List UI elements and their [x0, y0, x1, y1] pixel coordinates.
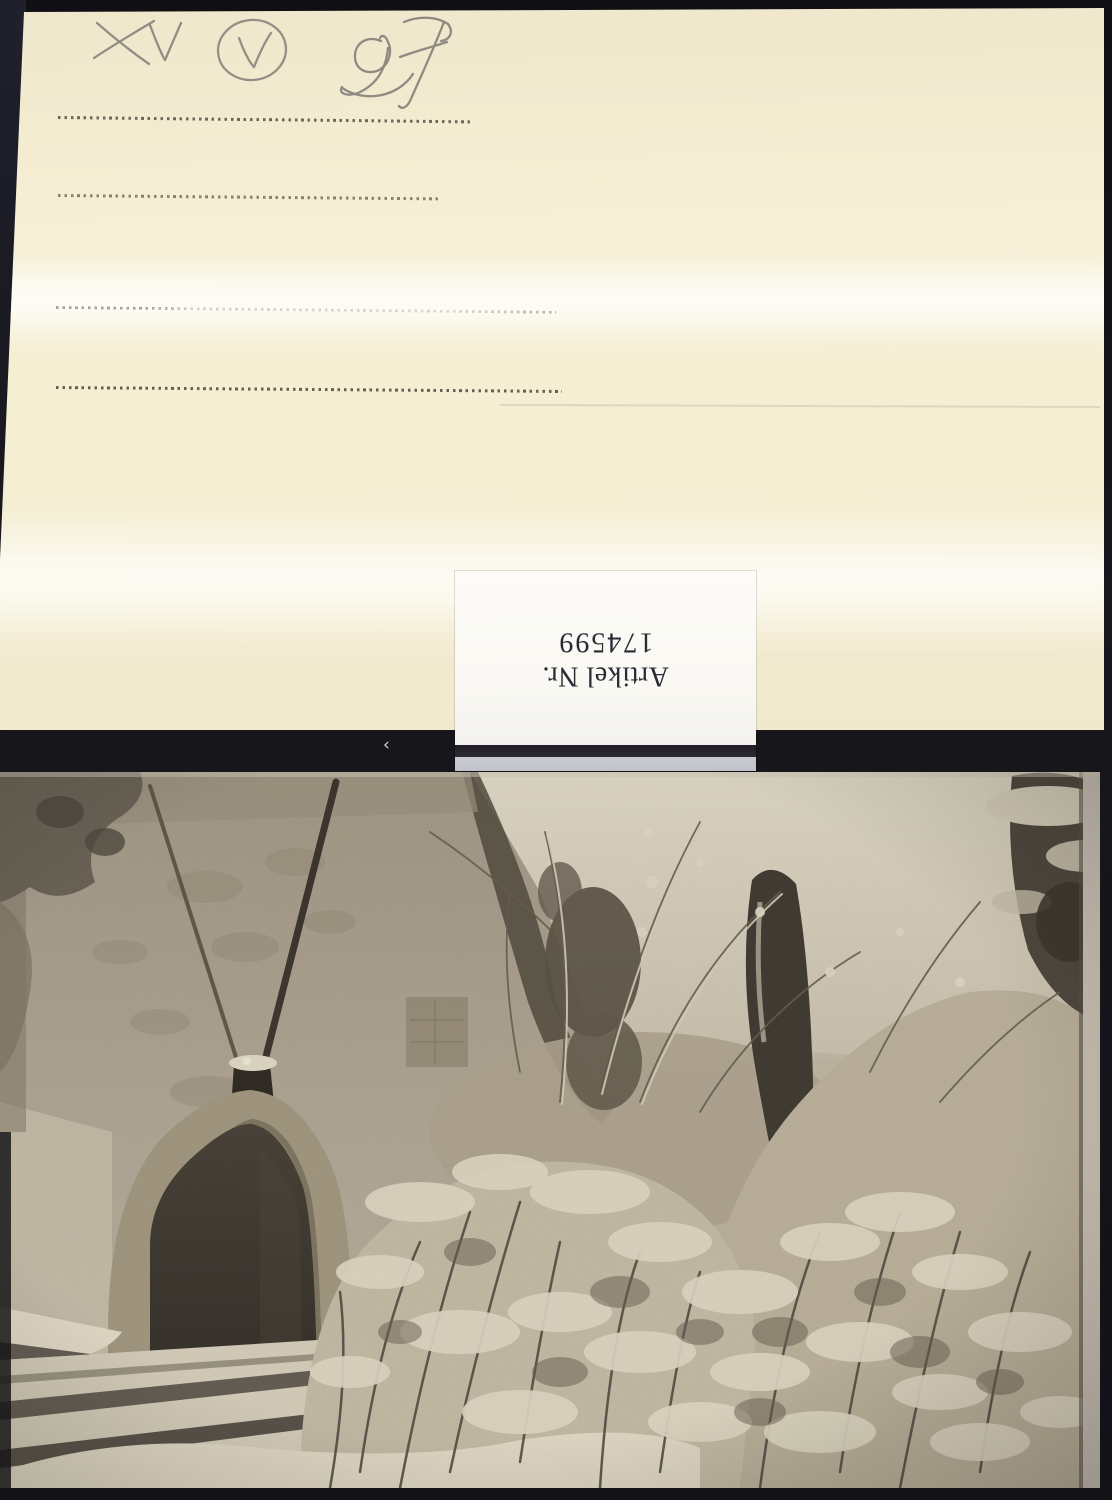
- winter-photo-illustration: [0, 772, 1100, 1488]
- pencil-mark-circled-v: [215, 16, 290, 84]
- label-face: Artikel Nr. 174599: [455, 571, 756, 745]
- scratch-mark: ‹: [383, 735, 390, 755]
- photo: [0, 772, 1100, 1488]
- article-number-label: Artikel Nr. 174599: [455, 571, 756, 771]
- label-shadow-stripe: [455, 745, 756, 757]
- vignette: [0, 772, 1100, 1488]
- label-text: Artikel Nr. 174599: [542, 624, 669, 692]
- postcard-scan: Artikel Nr. 174599 ‹: [0, 0, 1112, 1500]
- article-number: 174599: [542, 624, 669, 658]
- pencil-mark-x: [94, 21, 181, 64]
- label-edge-stripe: [455, 757, 756, 771]
- label-caption: Artikel Nr.: [542, 658, 669, 692]
- pencil-mark-number: [341, 18, 451, 108]
